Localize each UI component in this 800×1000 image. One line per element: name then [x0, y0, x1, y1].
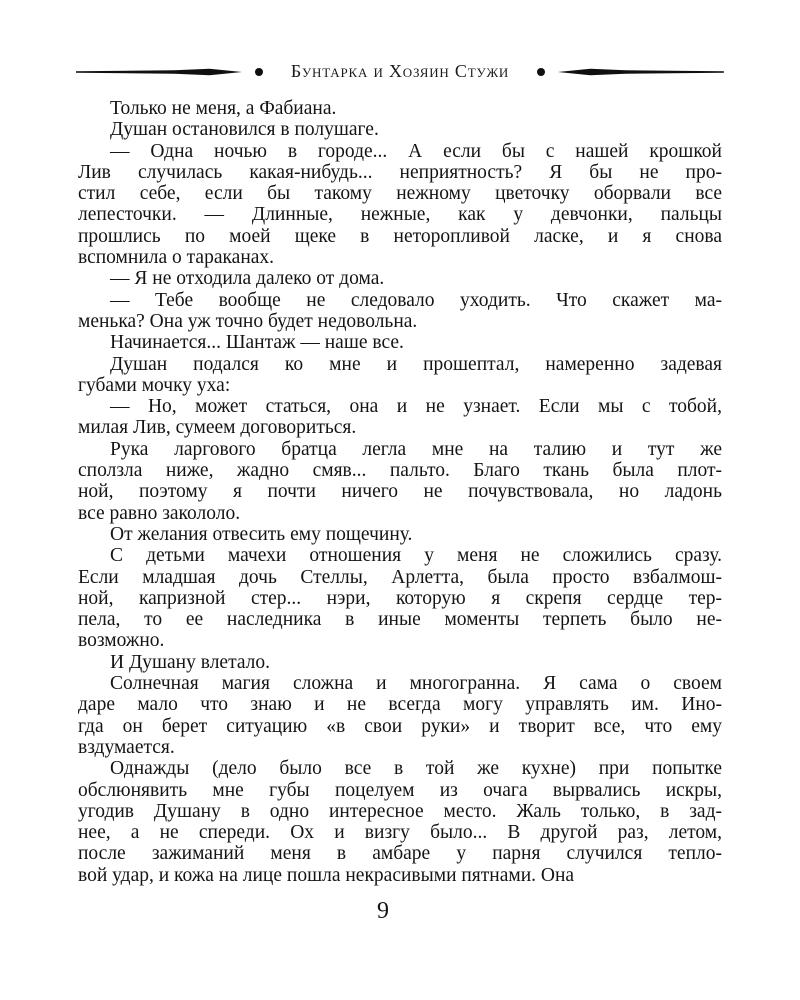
text-line: даре мало что знаю и не всегда могу упра… [78, 694, 722, 715]
right-rule-ornament [557, 67, 724, 77]
text-line: гда он берет ситуацию «в свои руки» и тв… [78, 716, 722, 737]
text-line: стил себе, если бы такому нежному цветоч… [78, 183, 722, 204]
text-line: милая Лив, сумеем договориться. [78, 417, 722, 438]
text-line: пела, то ее наследника в иные моменты те… [78, 609, 722, 630]
text-line: ной, капризной стер... нэри, которую я с… [78, 588, 722, 609]
text-line: С детьми мачехи отношения у меня не слож… [78, 545, 722, 566]
paragraph: Однажды (дело было все в той же кухне) п… [78, 758, 722, 886]
text-line: менька? Она уж точно будет недовольна. [78, 311, 722, 332]
paragraph: — Одна ночью в городе... А если бы с наш… [78, 141, 722, 269]
text-line: Душан остановился в полушаге. [78, 119, 722, 140]
paragraph: Солнечная магия сложна и многогранна. Я … [78, 673, 722, 758]
text-line: вспомнила о тараканах. [78, 247, 722, 268]
paragraph: От желания отвесить ему пощечину. [78, 524, 722, 545]
page-number: 9 [0, 898, 766, 925]
text-line: Начинается... Шантаж — наше все. [78, 332, 722, 353]
text-line: сползла ниже, жадно смяв... пальто. Благ… [78, 460, 722, 481]
paragraph: — Но, может статься, она и не узнает. Ес… [78, 396, 722, 439]
paragraph: Начинается... Шантаж — наше все. [78, 332, 722, 353]
paragraph: Душан остановился в полушаге. [78, 119, 722, 140]
text-line: — Но, может статься, она и не узнает. Ес… [78, 396, 722, 417]
text-line: Лив случилась какая-нибудь... неприятнос… [78, 162, 722, 183]
text-line: ной, поэтому я почти ничего не почувство… [78, 481, 722, 502]
body-text: Только не меня, а Фабиана.Душан останови… [78, 98, 722, 886]
text-line: губами мочку уха: [78, 375, 722, 396]
text-line: Только не меня, а Фабиана. [78, 98, 722, 119]
text-line: прошлись по моей щеке в неторопливой лас… [78, 226, 722, 247]
text-line: Рука ларгового братца легла мне на талию… [78, 439, 722, 460]
text-line: — Я не отходила далеко от дома. [78, 268, 722, 289]
text-line: Однажды (дело было все в той же кухне) п… [78, 758, 722, 779]
paragraph: Рука ларгового братца легла мне на талию… [78, 439, 722, 524]
text-line: Если младшая дочь Стеллы, Арлетта, была … [78, 567, 722, 588]
text-line: Солнечная магия сложна и многогранна. Я … [78, 673, 722, 694]
text-line: вой удар, и кожа на лице пошла некрасивы… [78, 865, 722, 886]
paragraph: — Я не отходила далеко от дома. [78, 268, 722, 289]
text-line: От желания отвесить ему пощечину. [78, 524, 722, 545]
paragraph: И Душану влетало. [78, 652, 722, 673]
text-line: И Душану влетало. [78, 652, 722, 673]
text-line: вздумается. [78, 737, 722, 758]
running-header: Бунтарка и Хозяин Стужи [76, 60, 724, 84]
right-bullet-icon [537, 68, 545, 76]
text-line: все равно закололо. [78, 503, 722, 524]
text-line: обслюнявить мне губы поцелуем из очага в… [78, 780, 722, 801]
book-title: Бунтарка и Хозяин Стужи [263, 61, 537, 82]
paragraph: Душан подался ко мне и прошептал, намере… [78, 354, 722, 397]
paragraph: Только не меня, а Фабиана. [78, 98, 722, 119]
text-line: угодив Душану в одно интересное место. Ж… [78, 801, 722, 822]
paragraph: — Тебе вообще не следовало уходить. Что … [78, 290, 722, 333]
text-line: — Одна ночью в городе... А если бы с наш… [78, 141, 722, 162]
paragraph: С детьми мачехи отношения у меня не слож… [78, 545, 722, 651]
text-line: — Тебе вообще не следовало уходить. Что … [78, 290, 722, 311]
text-line: после зажиманий меня в амбаре у парня сл… [78, 843, 722, 864]
left-bullet-icon [255, 68, 263, 76]
text-line: возможно. [78, 630, 722, 651]
book-page: Бунтарка и Хозяин Стужи Только не меня, … [0, 0, 800, 1000]
text-line: Душан подался ко мне и прошептал, намере… [78, 354, 722, 375]
text-line: нее, а не спереди. Ох и визгу было... В … [78, 822, 722, 843]
left-rule-ornament [76, 67, 243, 77]
text-line: лепесточки. — Длинные, нежные, как у дев… [78, 204, 722, 225]
